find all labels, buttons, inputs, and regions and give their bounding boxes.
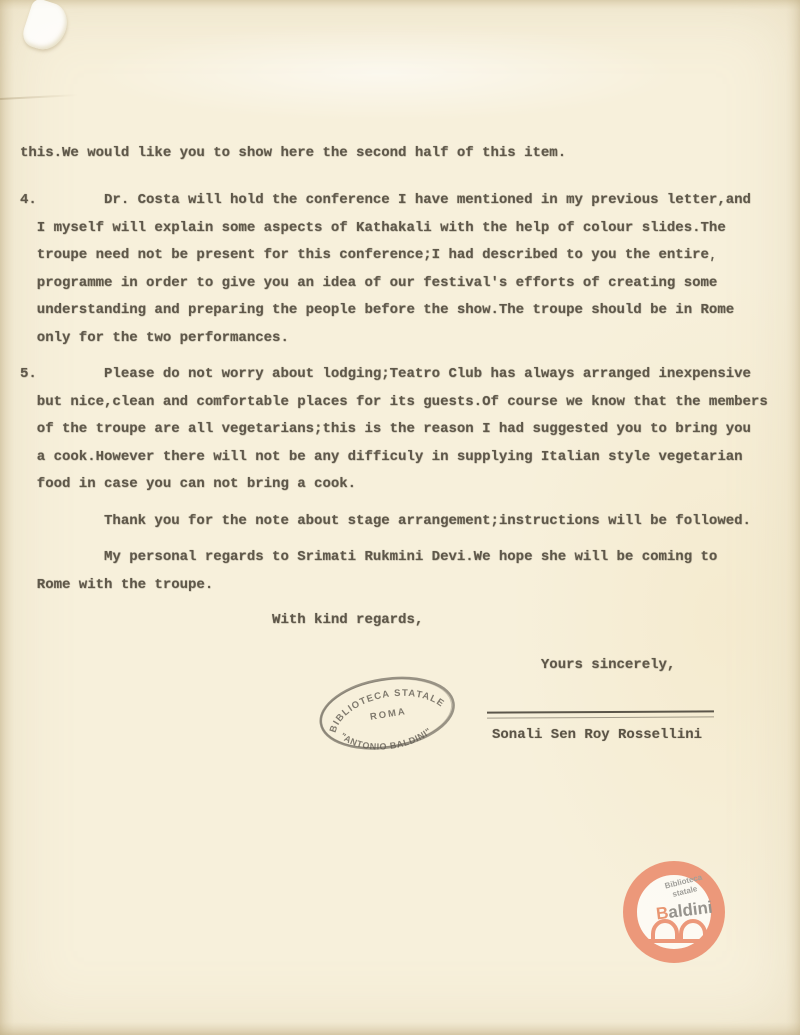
letter-line: troupe need not be present for this conf… <box>20 242 751 270</box>
letter-line: understanding and preparing the people b… <box>20 297 751 325</box>
stamp-text-top: BIBLIOTECA STATALE <box>323 680 449 736</box>
letter-line: this.We would like you to show here the … <box>20 140 566 168</box>
paragraph: this.We would like you to show here the … <box>20 140 566 168</box>
letter-line: only for the two performances. <box>20 325 751 353</box>
paragraph: Thank you for the note about stage arran… <box>20 508 751 536</box>
letter-line: food in case you can not bring a cook. <box>20 471 768 499</box>
stamp-text-middle: ROMA <box>369 706 407 723</box>
paper-crease <box>0 94 78 100</box>
paragraph: My personal regards to Srimati Rukmini D… <box>20 544 717 599</box>
letter-line: Rome with the troupe. <box>20 572 717 600</box>
paragraph: 5. Please do not worry about lodging;Tea… <box>20 361 768 499</box>
signature-line <box>487 710 714 718</box>
letter-line: 5. Please do not worry about lodging;Tea… <box>20 361 768 389</box>
signature-name: Sonali Sen Roy Rossellini <box>492 722 702 750</box>
svg-text:"ANTONIO BALDINI": "ANTONIO BALDINI" <box>337 717 435 759</box>
letter-line: programme in order to give you an idea o… <box>20 270 751 298</box>
paragraph: With kind regards, <box>20 607 423 635</box>
letter-line: 4. Dr. Costa will hold the conference I … <box>20 187 751 215</box>
scanned-letter-page: this.We would like you to show here the … <box>0 0 800 1035</box>
letter-line: With kind regards, <box>20 607 423 635</box>
letter-line: Thank you for the note about stage arran… <box>20 508 751 536</box>
letter-line: My personal regards to Srimati Rukmini D… <box>20 544 717 572</box>
stamp-text-bottom: "ANTONIO BALDINI" <box>337 717 435 759</box>
library-ink-stamp: BIBLIOTECA STATALE ROMA "ANTONIO BALDINI… <box>300 660 480 770</box>
letter-line: but nice,clean and comfortable places fo… <box>20 389 768 417</box>
baldini-library-watermark-logo: Biblioteca statale Baldini <box>608 846 748 986</box>
letter-line: I myself will explain some aspects of Ka… <box>20 215 751 243</box>
letter-line: of the troupe are all vegetarians;this i… <box>20 416 768 444</box>
svg-text:BIBLIOTECA STATALE: BIBLIOTECA STATALE <box>323 680 449 736</box>
paper-tear <box>20 0 73 55</box>
letter-line: a cook.However there will not be any dif… <box>20 444 768 472</box>
paragraph: 4. Dr. Costa will hold the conference I … <box>20 187 751 353</box>
